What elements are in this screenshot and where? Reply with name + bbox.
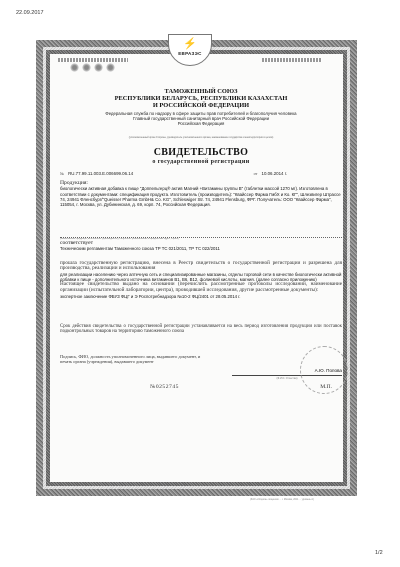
microtext-right (262, 58, 322, 62)
certificate-content: ТАМОЖЕННЫЙ СОЮЗ РЕСПУБЛИКИ БЕЛАРУСЬ, РЕС… (60, 88, 342, 390)
header-line-1: ТАМОЖЕННЫЙ СОЮЗ (60, 88, 342, 95)
ornament-icon (106, 63, 115, 72)
basis-label: Настоящее свидетельство выдано на основа… (60, 282, 342, 293)
date-label: от (254, 171, 258, 176)
registration-number: RU.77.99.11.003.E.006699.06.14 (68, 171, 133, 176)
page-number: 1/2 (375, 550, 383, 556)
signature-area: А.Ю. Попова (Ф.И.О. Отчество) (232, 354, 342, 380)
signature-caption: Подпись, ФИО, должность уполномоченного … (60, 354, 210, 364)
signature-block: Подпись, ФИО, должность уполномоченного … (60, 354, 342, 380)
compliance-text: Техническим регламентам Таможенного союз… (60, 246, 342, 251)
ornament-icon (70, 63, 79, 72)
serial-row: №0252745 М.П. (60, 384, 342, 390)
registration-date: 10.06.2014 г. (262, 171, 287, 176)
basis-text: экспертное заключение ФБУЗ ФЦГ и Э Роспо… (60, 294, 342, 299)
ornament-icon (82, 63, 91, 72)
number-label: № (60, 171, 64, 176)
emblem-icon: ⚡ (169, 37, 211, 51)
ornament-row (70, 63, 115, 72)
header-line-3: И РОССИЙСКОЙ ФЕДЕРАЦИИ (60, 102, 342, 109)
print-date: 22.09.2017 (16, 10, 44, 16)
agency-caption: (уполномоченный орган Стороны, руководит… (60, 136, 342, 139)
ornament-icon (94, 63, 103, 72)
stamp-icon (300, 346, 348, 394)
print-info: (ЗАО «Опцион» лицензия ... г. Москва, 20… (250, 498, 314, 501)
document-subtitle: о государственной регистрации (60, 159, 342, 165)
product-text: биологически активная добавка к пище "До… (60, 186, 342, 207)
document-title: СВИДЕТЕЛЬСТВО (60, 147, 342, 158)
registration-statement: прошла государственную регистрацию, внес… (60, 261, 342, 272)
serial-number: №0252745 (150, 384, 179, 390)
microtext-left (58, 58, 128, 62)
agency-line-3: Российская Федерация (60, 121, 342, 126)
registration-row: № RU.77.99.11.003.E.006699.06.14 от 10.0… (60, 171, 342, 176)
emblem-label: ЕВРАЗЭС (169, 51, 211, 56)
validity-text: Срок действия свидетельства о государств… (60, 324, 342, 334)
